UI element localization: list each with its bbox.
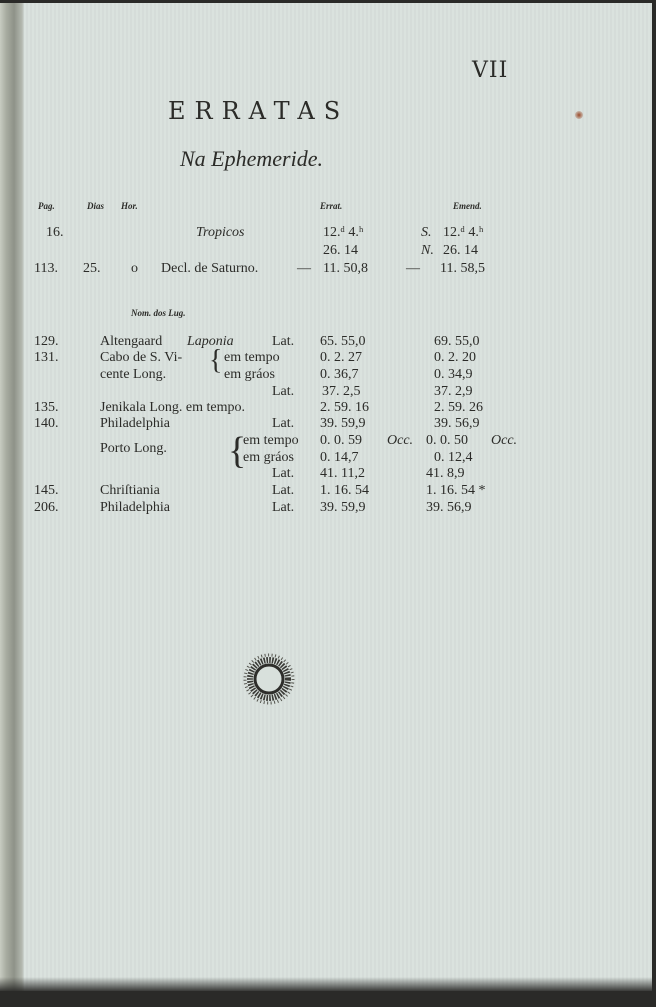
row-errat: 0. 36,7 [320, 367, 359, 383]
row-errat-dash: — [297, 261, 311, 277]
place-name: Philadelphia [100, 500, 170, 516]
sun-ornament-icon [241, 651, 297, 707]
row-emend: 0. 12,4 [434, 450, 473, 466]
place-name: Philadelphia [100, 416, 170, 432]
place-coord: Lat. [272, 334, 294, 350]
place-name: Altengaard [100, 334, 162, 350]
header-emend: Emend. [453, 201, 482, 211]
place-sub: em tempo [224, 350, 280, 366]
book-page: VII ERRATAS Na Ephemeride. Pag. Dias Hor… [0, 3, 652, 991]
place-coord: Lat. [272, 466, 294, 482]
place-name: cente Long. [100, 367, 166, 383]
row-pag: 206. [34, 500, 59, 516]
header-dias: Dias [87, 201, 104, 211]
row-pag: 113. [34, 261, 58, 277]
row-emend: 11. 58,5 [440, 261, 485, 277]
place-sub: em gráos [224, 367, 275, 383]
row-emend: 12.ᵈ 4.ʰ [443, 225, 483, 241]
row-errat: 0. 0. 59 [320, 433, 362, 449]
row-errat: 37. 2,5 [322, 384, 361, 400]
row-emend: 0. 0. 50 [426, 433, 468, 449]
brace-icon: { [209, 347, 222, 375]
place-coord: Lat. [272, 384, 294, 400]
row-emend: 0. 34,9 [434, 367, 473, 383]
row-hor: o [131, 261, 138, 277]
header-hor: Hor. [121, 201, 138, 211]
header-errat: Errat. [320, 201, 342, 211]
place-name: Cabo de S. Vi- [100, 350, 182, 366]
row-desc: Decl. de Saturno. [161, 261, 258, 277]
row-errat-suffix: Occ. [387, 433, 413, 449]
row-errat: 1. 16. 54 [320, 483, 369, 499]
row-emend: 39. 56,9 [434, 416, 480, 432]
row-errat: 65. 55,0 [320, 334, 366, 350]
row-emend: 26. 14 [443, 243, 478, 259]
place-name: Porto Long. [100, 441, 167, 457]
row-emend-dash: — [406, 261, 420, 277]
row-emend: 2. 59. 26 [434, 400, 483, 416]
header-nom-lug: Nom. dos Lug. [131, 308, 186, 318]
row-emend-prefix: S. [421, 225, 432, 241]
row-pag: 140. [34, 416, 59, 432]
row-errat: 2. 59. 16 [320, 400, 369, 416]
page-title: ERRATAS [168, 97, 349, 125]
row-emend: 69. 55,0 [434, 334, 480, 350]
row-pag: 135. [34, 400, 59, 416]
row-pag: 16. [46, 225, 64, 241]
row-emend: 41. 8,9 [426, 466, 465, 482]
place-sub: em tempo [243, 433, 299, 449]
place-sub: em gráos [243, 450, 294, 466]
place-coord: Lat. [272, 500, 294, 516]
row-pag: 131. [34, 350, 59, 366]
foxing-stain [575, 111, 583, 119]
row-pag: 129. [34, 334, 59, 350]
row-emend: 37. 2,9 [434, 384, 473, 400]
row-desc: Tropicos [196, 225, 245, 241]
row-emend: 39. 56,9 [426, 500, 472, 516]
row-errat: 39. 59,9 [320, 500, 366, 516]
header-pag: Pag. [38, 201, 55, 211]
book-gutter [0, 3, 24, 991]
row-emend: 1. 16. 54 * [426, 483, 486, 499]
place-name: Jenikala Long. em tempo. [100, 400, 245, 416]
row-errat: 0. 14,7 [320, 450, 359, 466]
row-errat: 0. 2. 27 [320, 350, 362, 366]
row-errat: 39. 59,9 [320, 416, 366, 432]
row-pag: 145. [34, 483, 59, 499]
place-coord: Lat. [272, 416, 294, 432]
row-emend-suffix: Occ. [491, 433, 517, 449]
row-emend: 0. 2. 20 [434, 350, 476, 366]
row-emend-prefix: N. [421, 243, 434, 259]
page-subtitle: Na Ephemeride. [180, 146, 323, 172]
place-name: Chriſtiania [100, 483, 160, 499]
place-coord: Lat. [272, 483, 294, 499]
row-errat: 26. 14 [323, 243, 358, 259]
row-dias: 25. [83, 261, 101, 277]
row-errat: 11. 50,8 [323, 261, 368, 277]
page-edge-shadow [0, 977, 652, 991]
row-errat: 12.ᵈ 4.ʰ [323, 225, 363, 241]
row-errat: 41. 11,2 [320, 466, 365, 482]
page-number: VII [472, 58, 508, 83]
